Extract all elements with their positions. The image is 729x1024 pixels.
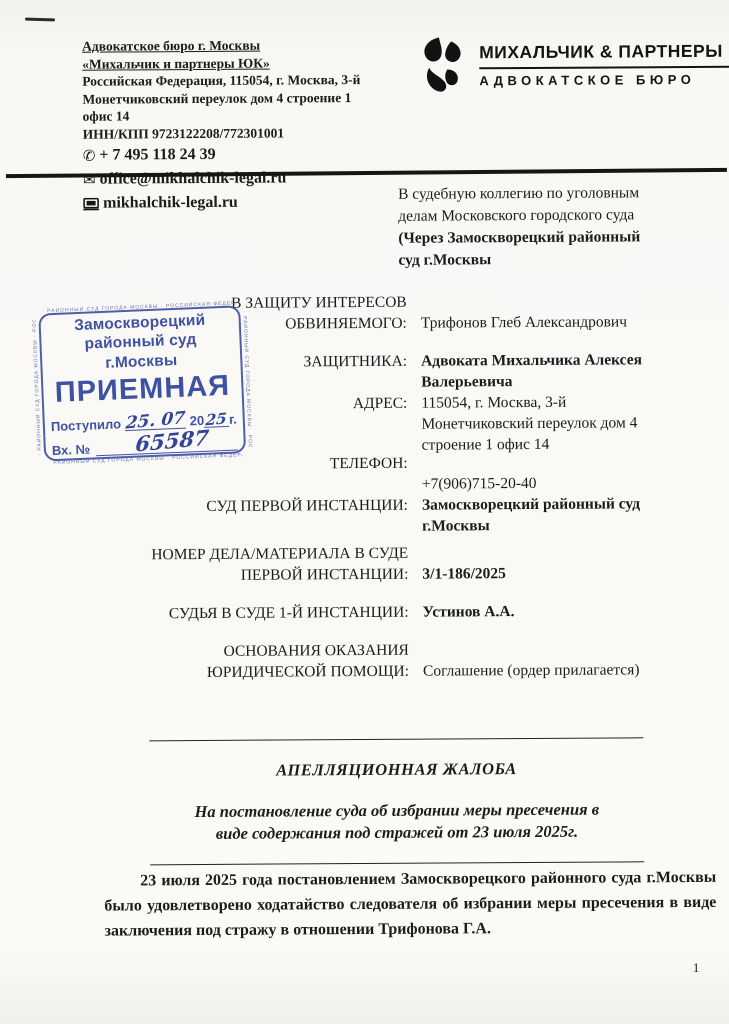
firm-name-line2: «Михальчик и партнеры ЮК» bbox=[82, 53, 412, 73]
appeal-title-block: АПЕЛЛЯЦИОННАЯ ЖАЛОБА На постановление су… bbox=[149, 737, 644, 865]
firm-phone-row: ✆ + 7 495 118 24 39 bbox=[83, 144, 413, 167]
stamp-incoming-label: Вх. № bbox=[52, 441, 91, 458]
field-value: Соглашение (ордер прилагается) bbox=[423, 660, 675, 682]
firm-website: mikhalchik-legal.ru bbox=[103, 193, 238, 215]
firm-inn-kpp: ИНН/КПП 9723122208/772301001 bbox=[83, 123, 413, 143]
field-label: ОСНОВАНИЯ ОКАЗАНИЯ ЮРИДИЧЕСКОЙ ПОМОЩИ: bbox=[1, 641, 409, 685]
recipient-line: делам Московского городского суда bbox=[398, 204, 708, 228]
recipient-line: (Через Замоскворецкий районный bbox=[398, 226, 708, 250]
body-paragraph: 23 июля 2025 года постановлением Замоскв… bbox=[104, 866, 716, 944]
stamp-title: ПРИЕМНАЯ bbox=[49, 370, 236, 411]
field-label: СУДЬЯ В СУДЕ 1-Й ИНСТАНЦИИ: bbox=[1, 603, 409, 626]
field-value: Устинов А.А. bbox=[423, 601, 675, 623]
field-value: Адвоката Михальчика Алексея Валерьевича bbox=[421, 350, 673, 393]
field-label: НОМЕР ДЕЛА/МАТЕРИАЛА В СУДЕ ПЕРВОЙ ИНСТА… bbox=[0, 544, 408, 588]
firm-phone: + 7 495 118 24 39 bbox=[99, 145, 215, 167]
field-row-first-instance-court: СУД ПЕРВОЙ ИНСТАНЦИИ: Замоскворецкий рай… bbox=[0, 494, 716, 540]
document-page: Адвокатское бюро г. Москвы «Михальчик и … bbox=[0, 0, 729, 1024]
recipient-line: В судебную коллегию по уголовным bbox=[398, 182, 708, 206]
logo-subtitle: АДВОКАТСКОЕ БЮРО bbox=[479, 72, 729, 89]
field-value: Замоскворецкий районный суд г.Москвы bbox=[422, 494, 674, 537]
field-value: Трифонов Глеб Александрович bbox=[421, 312, 673, 334]
stamp-received-label: Поступило bbox=[51, 416, 122, 434]
page-number: 1 bbox=[693, 960, 700, 976]
stamp-content: Замоскворецкий районный суд г.Москвы ПРИ… bbox=[46, 310, 238, 458]
stamp-year-suffix: г. bbox=[229, 411, 237, 426]
stamp-court-line2: районный суд г.Москвы bbox=[47, 329, 234, 375]
firm-address-line1: Российская Федерация, 115054, г. Москва,… bbox=[82, 71, 412, 91]
document-subtitle: На постановление суда об избрании меры п… bbox=[177, 798, 617, 845]
field-value: 3/1-186/2025 bbox=[422, 563, 674, 585]
field-row-legal-basis: ОСНОВАНИЯ ОКАЗАНИЯ ЮРИДИЧЕСКОЙ ПОМОЩИ: С… bbox=[1, 639, 717, 685]
website-icon bbox=[83, 197, 99, 210]
phone-icon: ✆ bbox=[83, 149, 96, 164]
document-title: АПЕЛЛЯЦИОННАЯ ЖАЛОБА bbox=[150, 758, 644, 781]
firm-name-line1: Адвокатское бюро г. Москвы bbox=[82, 36, 412, 56]
field-row-judge: СУДЬЯ В СУДЕ 1-Й ИНСТАНЦИИ: Устинов А.А. bbox=[1, 601, 717, 626]
field-row-case-number: НОМЕР ДЕЛА/МАТЕРИАЛА В СУДЕ ПЕРВОЙ ИНСТА… bbox=[0, 542, 716, 588]
scan-corner-mark bbox=[25, 18, 55, 22]
court-intake-stamp: · РАЙОННЫЙ СУД ГОРОДА МОСКВЫ · РОССИЙСКА… bbox=[32, 299, 252, 468]
logo-title: МИХАЛЬЧИК & ПАРТНЕРЫ ЮК bbox=[479, 41, 729, 70]
field-label: СУД ПЕРВОЙ ИНСТАНЦИИ: bbox=[0, 496, 408, 540]
field-value: 115054, г. Москва, 3-й Монетчиковский пе… bbox=[421, 392, 673, 456]
firm-address-line2: Монетчиковский переулок дом 4 строение 1 bbox=[82, 88, 412, 108]
firm-address-line3: офис 14 bbox=[83, 106, 413, 126]
firm-website-row: mikhalchik-legal.ru bbox=[83, 192, 413, 215]
letterhead-firm-block: Адвокатское бюро г. Москвы «Михальчик и … bbox=[82, 36, 413, 215]
recipient-block: В судебную коллегию по уголовным делам М… bbox=[398, 182, 709, 272]
firm-logo: МИХАЛЬЧИК & ПАРТНЕРЫ ЮК АДВОКАТСКОЕ БЮРО bbox=[417, 34, 729, 96]
logo-text-block: МИХАЛЬЧИК & ПАРТНЕРЫ ЮК АДВОКАТСКОЕ БЮРО bbox=[479, 41, 729, 89]
stamp-incoming-handwriting: 65587 bbox=[135, 430, 210, 454]
recipient-line: суд г.Москвы bbox=[398, 248, 708, 272]
logo-swirl-icon bbox=[417, 35, 471, 95]
field-value: +7(906)715-20-40 bbox=[422, 453, 674, 496]
